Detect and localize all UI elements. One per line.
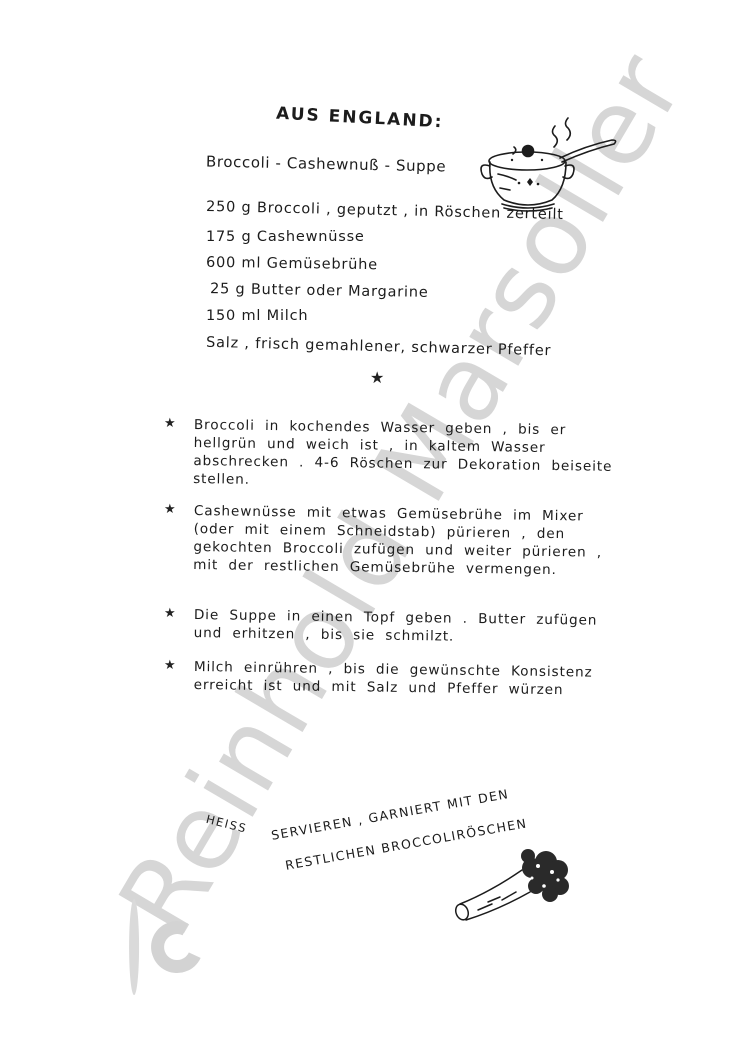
recipe-title: Broccoli - Cashewnuß - Suppe bbox=[206, 152, 447, 175]
star-icon: ★ bbox=[370, 368, 384, 387]
recipe-page: Reinhold Marsoller Aus England: Broccoli… bbox=[0, 0, 744, 1052]
star-bullet-icon: ★ bbox=[164, 658, 176, 673]
ingredient-item: 600 ml Gemüsebrühe bbox=[206, 255, 378, 273]
instruction-text: Die Suppe in einen Topf geben . Butter z… bbox=[193, 606, 613, 648]
star-bullet-icon: ★ bbox=[164, 502, 176, 517]
ingredient-item: 175 g Cashewnüsse bbox=[206, 229, 365, 245]
serving-note-line-1: Heiss bbox=[205, 812, 249, 836]
broccoli-icon bbox=[448, 840, 588, 930]
ingredient-item: Salz , frisch gemahlener, schwarzer Pfef… bbox=[206, 335, 552, 359]
instruction-text: Cashewnüsse mit etwas Gemüsebrühe im Mix… bbox=[193, 502, 614, 580]
instruction-text: Broccoli in kochendes Wasser geben , bis… bbox=[193, 416, 614, 494]
star-bullet-icon: ★ bbox=[164, 606, 176, 621]
star-bullet-icon: ★ bbox=[164, 416, 176, 431]
copyright-icon bbox=[129, 899, 139, 995]
ingredient-item: 25 g Butter oder Margarine bbox=[210, 281, 429, 301]
ingredient-item: 150 ml Milch bbox=[206, 308, 308, 324]
soup-tureen-icon bbox=[472, 114, 622, 214]
page-heading: Aus England: bbox=[276, 104, 444, 133]
instruction-text: Milch einrühren , bis die gewünschte Kon… bbox=[193, 658, 613, 700]
